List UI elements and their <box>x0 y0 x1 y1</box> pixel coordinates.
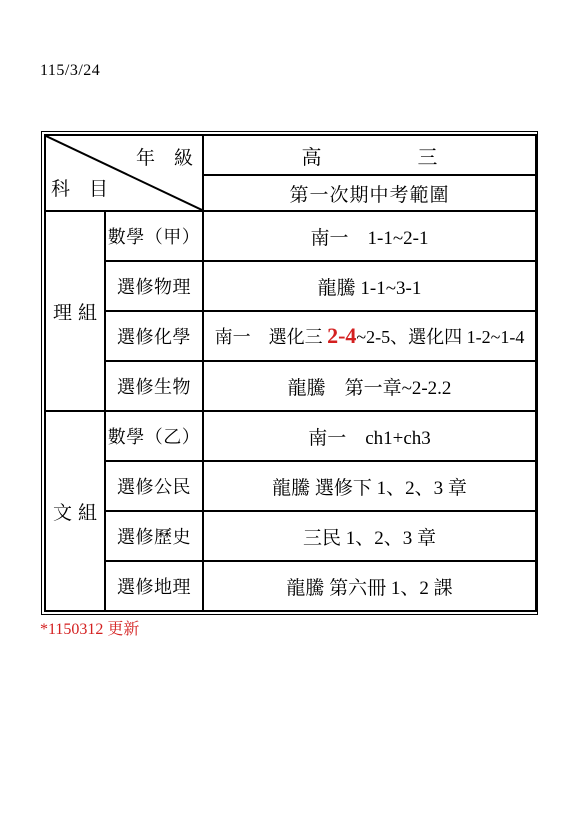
subject-cell: 選修公民 <box>105 461 203 511</box>
exam-title-cell: 第一次期中考範圍 <box>203 175 536 211</box>
content-cell: 南一 1-1~2-1 <box>203 211 536 261</box>
page-date: 115/3/24 <box>40 62 100 80</box>
content-cell: 南一 ch1+ch3 <box>203 411 536 461</box>
subject-cell: 選修物理 <box>105 261 203 311</box>
subject-cell: 選修生物 <box>105 361 203 411</box>
content-cell: 龍騰 第一章~2-2.2 <box>203 361 536 411</box>
content-cell: 龍騰 1-1~3-1 <box>203 261 536 311</box>
subject-cell: 數學（甲） <box>105 211 203 261</box>
exam-title: 第一次期中考範圍 <box>289 184 449 206</box>
grade-char-right: 三 <box>418 141 438 170</box>
grade-axis-label: 年 級 <box>136 143 193 170</box>
content-suffix: ~2-5、選化四 1-2~1-4 <box>356 327 524 347</box>
content-cell: 龍騰 第六冊 1、2 課 <box>203 561 536 611</box>
grade-header-cell: 高 三 <box>203 135 536 175</box>
content-cell: 三民 1、2、3 章 <box>203 511 536 561</box>
subject-cell: 選修歷史 <box>105 511 203 561</box>
group-cell-liberal-arts: 文 組 <box>45 411 105 611</box>
subject-cell: 選修地理 <box>105 561 203 611</box>
content-cell: 南一 選化三 2-4~2-5、選化四 1-2~1-4 <box>203 311 536 361</box>
update-note: *1150312 更新 <box>40 616 139 639</box>
document-page: { "page": { "date": "115/3/24", "update_… <box>0 0 575 822</box>
content-highlight-red: 2-4 <box>327 323 356 348</box>
subject-axis-label: 科 目 <box>51 174 108 201</box>
content-cell: 龍騰 選修下 1、2、3 章 <box>203 461 536 511</box>
content-prefix: 南一 選化三 <box>215 327 328 347</box>
grade-char-left: 高 <box>302 141 322 170</box>
corner-header-cell: 年 級 科 目 <box>45 135 203 211</box>
subject-cell: 數學（乙） <box>105 411 203 461</box>
group-cell-science: 理 組 <box>45 211 105 411</box>
exam-scope-table: 年 級 科 目 高 三 第一次期中考範圍 理 組 數學（甲） 南一 1- <box>41 131 538 615</box>
subject-cell: 選修化學 <box>105 311 203 361</box>
